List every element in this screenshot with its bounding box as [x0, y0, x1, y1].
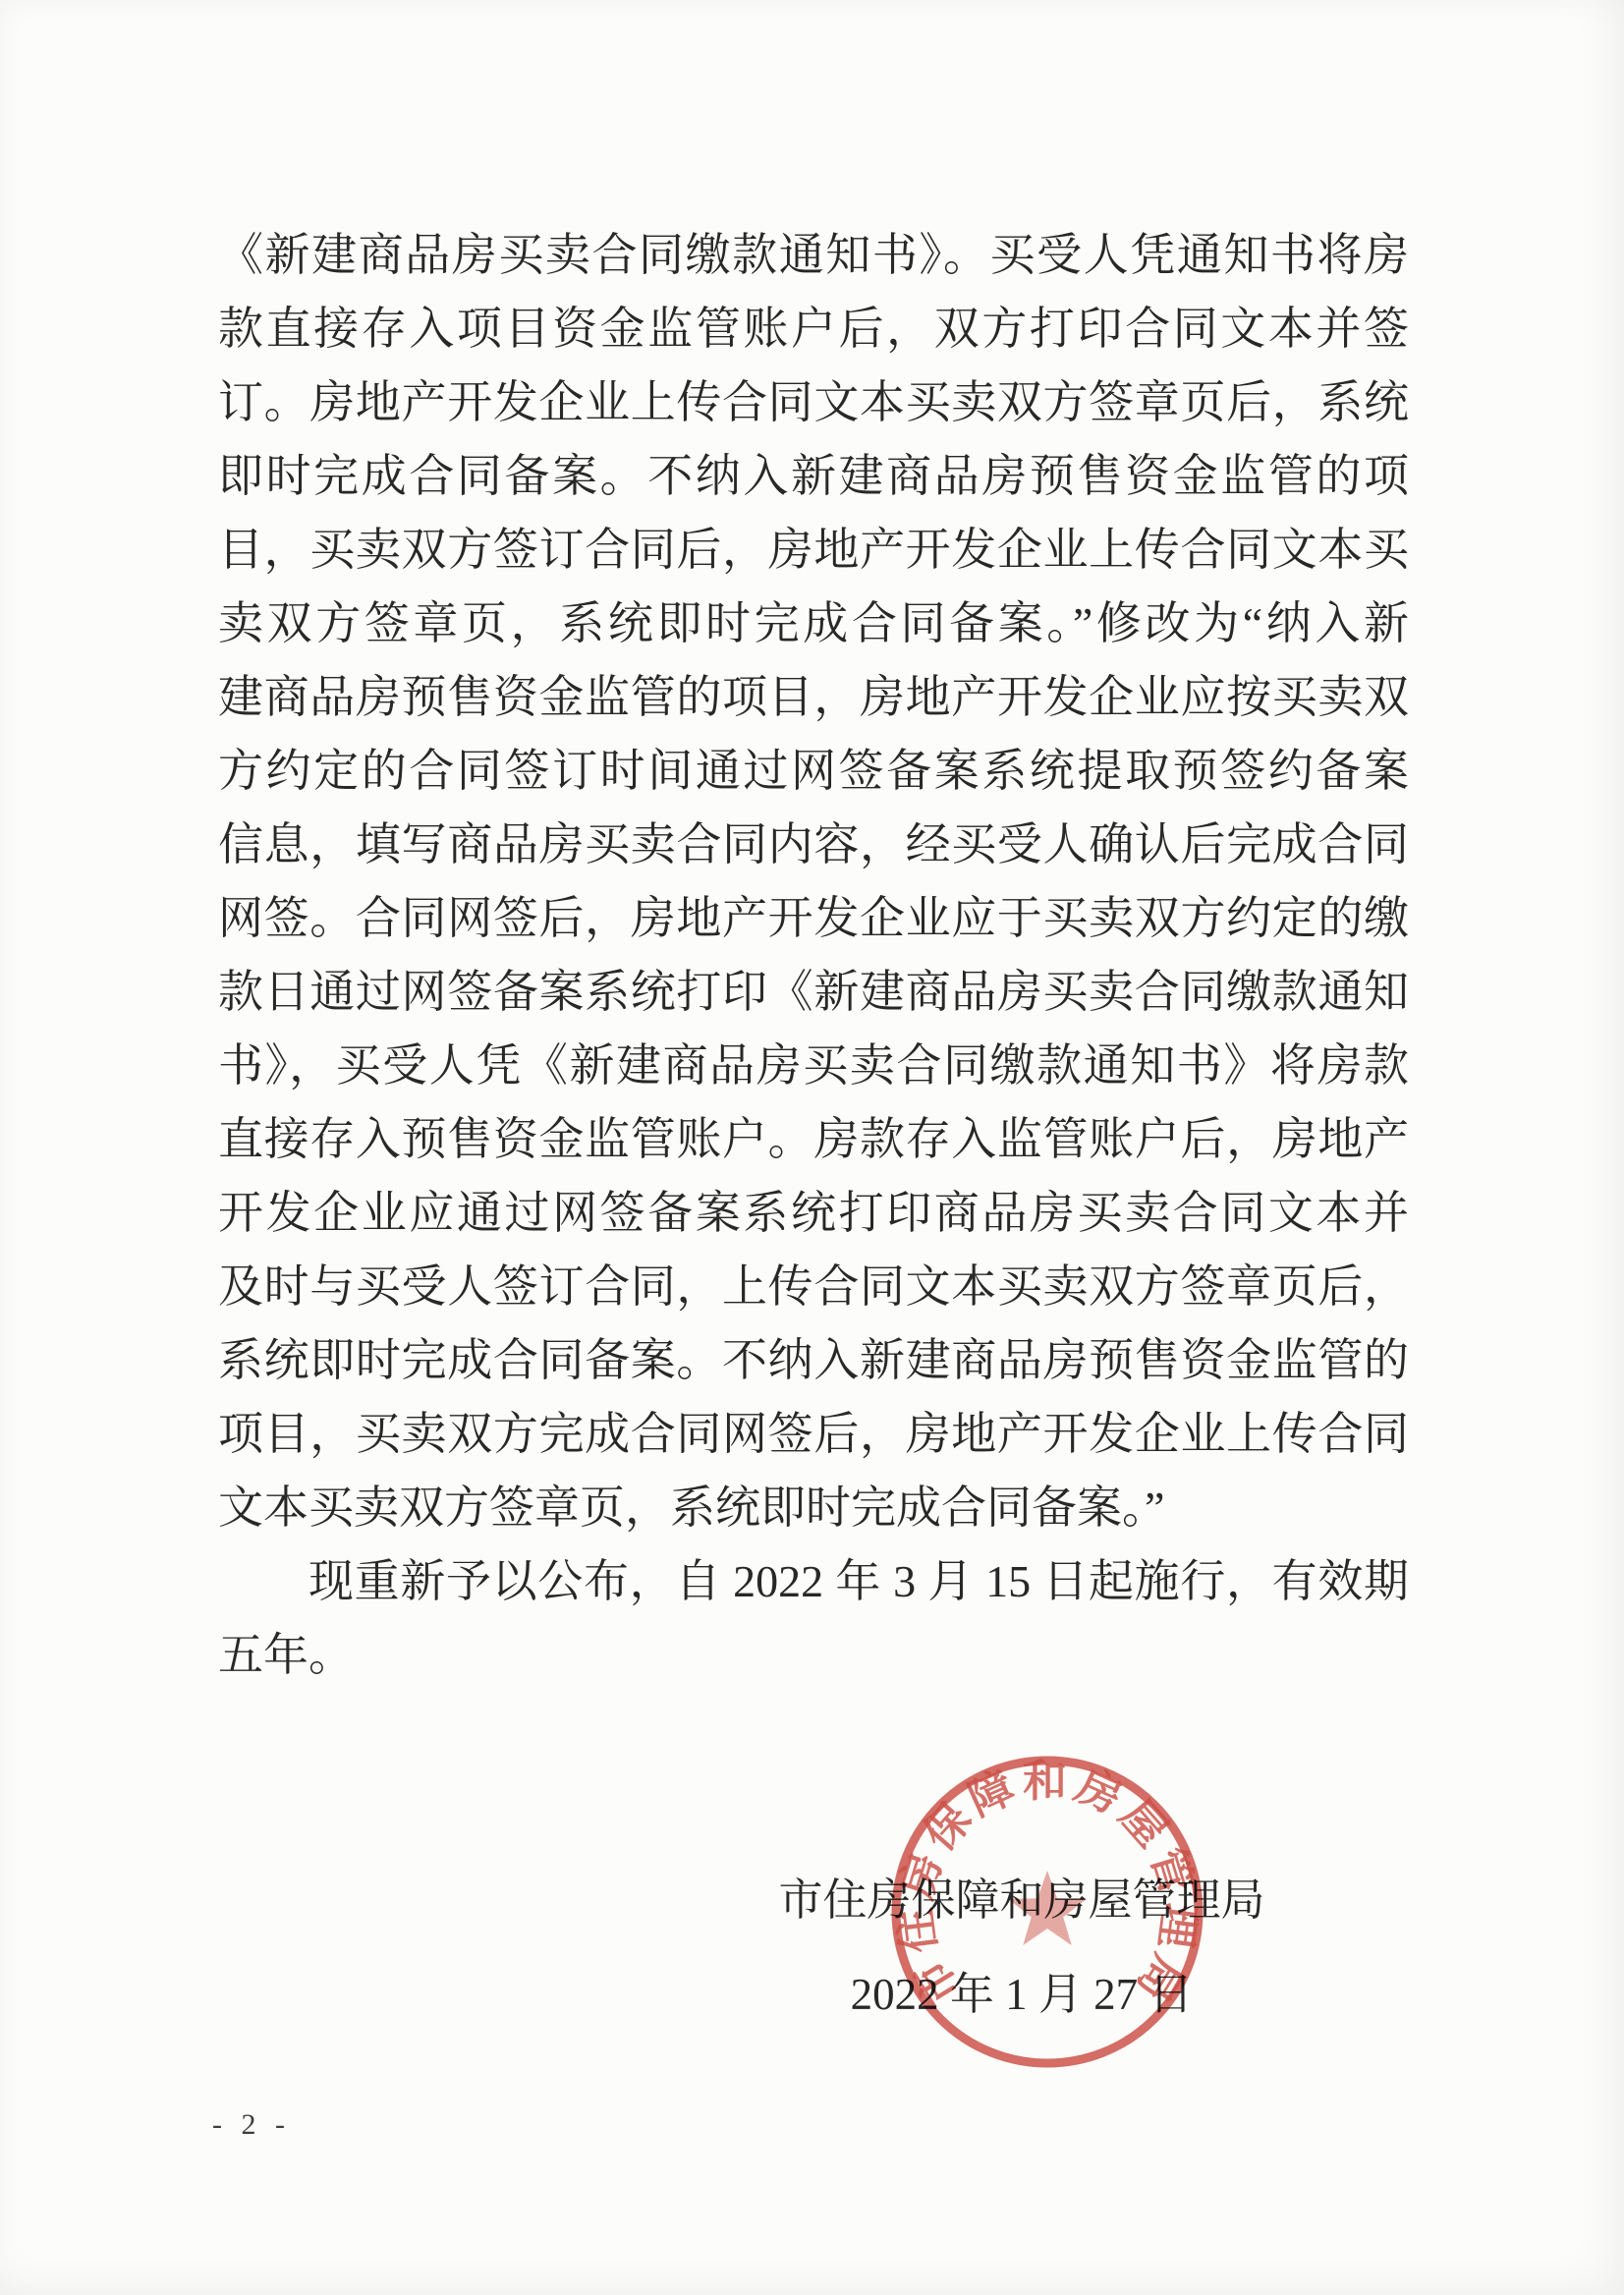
body-text: 《新建商品房买卖合同缴款通知书》。买受人凭通知书将房款直接存入项目资金监管账户后…	[218, 218, 1409, 1692]
body-line: 直接存入预售资金监管账户。房款存入监管账户后，房地产	[218, 1102, 1409, 1176]
body-line: 卖双方签章页，系统即时完成合同备案。”修改为“纳入新	[218, 587, 1409, 660]
body-line: 及时与买受人签订合同，上传合同文本买卖双方签章页后，	[218, 1250, 1409, 1323]
body-line: 信息，填写商品房买卖合同内容，经买受人确认后完成合同	[218, 808, 1409, 881]
document-page: 《新建商品房买卖合同缴款通知书》。买受人凭通知书将房款直接存入项目资金监管账户后…	[0, 0, 1624, 2295]
body-line: 款直接存入项目资金监管账户后，双方打印合同文本并签	[218, 292, 1409, 365]
page-number: - 2 -	[212, 2108, 291, 2142]
body-line: 开发企业应通过网签备案系统打印商品房买卖合同文本并	[218, 1176, 1409, 1250]
body-line: 书》，买受人凭《新建商品房买卖合同缴款通知书》将房款	[218, 1029, 1409, 1102]
body-line: 项目，买卖双方完成合同网签后，房地产开发企业上传合同	[218, 1397, 1409, 1471]
seal-star	[1008, 1871, 1087, 1945]
body-line: 款日通过网签备案系统打印《新建商品房买卖合同缴款通知	[218, 955, 1409, 1029]
body-line: 目，买卖双方签订合同后，房地产开发企业上传合同文本买	[218, 513, 1409, 587]
body-line: 订。房地产开发企业上传合同文本买卖双方签章页后，系统	[218, 365, 1409, 439]
body-line: 系统即时完成合同备案。不纳入新建商品房预售资金监管的	[218, 1323, 1409, 1397]
body-line: 《新建商品房买卖合同缴款通知书》。买受人凭通知书将房	[218, 218, 1409, 292]
body-line: 建商品房预售资金监管的项目，房地产开发企业应按买卖双	[218, 660, 1409, 734]
closing-first-line: 现重新予以公布，自 2022 年 3 月 15 日起施行，有效期	[218, 1544, 1409, 1618]
closing-last-line: 五年。	[218, 1618, 1409, 1692]
body-line: 方约定的合同签订时间通过网签备案系统提取预签约备案	[218, 734, 1409, 808]
body-last-line: 文本买卖双方签章页，系统即时完成合同备案。”	[218, 1471, 1409, 1544]
body-line: 即时完成合同备案。不纳入新建商品房预售资金监管的项	[218, 439, 1409, 513]
official-seal: 市住房保障和房屋管理局	[880, 1745, 1214, 2079]
body-line: 网签。合同网签后，房地产开发企业应于买卖双方约定的缴	[218, 881, 1409, 955]
